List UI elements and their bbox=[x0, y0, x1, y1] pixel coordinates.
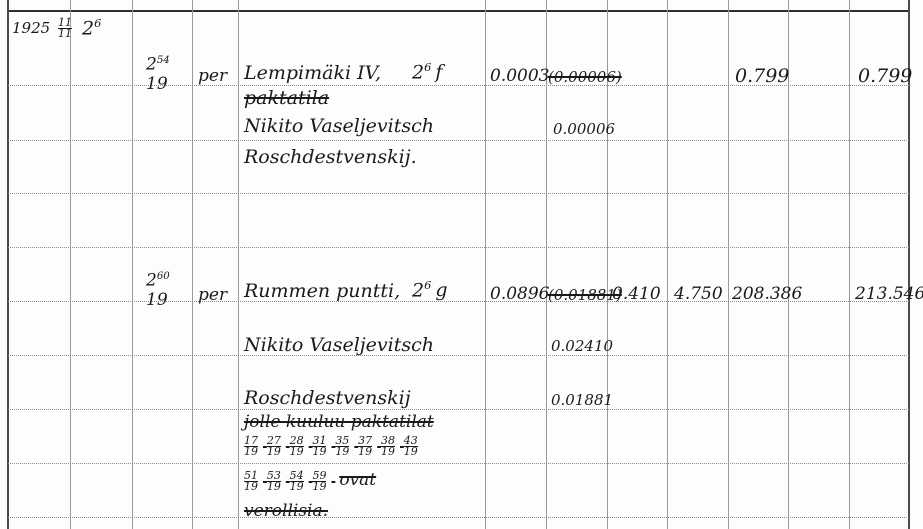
entry-2-col4: 4.750 bbox=[674, 286, 723, 303]
entry-1-share-struck: (0.00006) bbox=[548, 70, 622, 85]
year: 1925 bbox=[12, 19, 50, 37]
ledger-page: 1925 11 11 26 254 19 per Lempimäki IV, 2… bbox=[0, 0, 923, 529]
entry-2-note-last: verollisia. bbox=[244, 503, 328, 520]
entry-2-desc-line-1: Rummen puntti, bbox=[244, 282, 400, 301]
entry-1-desc-line-2: paktatila bbox=[244, 89, 329, 108]
row-rule bbox=[8, 517, 909, 518]
column-divider bbox=[485, 0, 486, 529]
entry-2-share-struck: (0.01881) bbox=[548, 288, 622, 303]
entry-1-desc-line-1: Lempimäki IV, bbox=[244, 64, 381, 83]
entry-1-prefix: per bbox=[198, 68, 227, 85]
row-rule bbox=[8, 463, 909, 464]
header-ref: 26 bbox=[82, 18, 101, 38]
entry-1-share: 0.00006 bbox=[553, 122, 615, 137]
column-divider bbox=[667, 0, 668, 529]
row-rule bbox=[8, 193, 909, 194]
row-rule bbox=[8, 409, 909, 410]
entry-2-lot: 26g bbox=[412, 280, 448, 300]
column-divider bbox=[132, 0, 133, 529]
date-day: 11 bbox=[58, 28, 72, 39]
entry-2-desc-line-3: Roschdestvenskij bbox=[244, 389, 411, 408]
entry-2-prefix: per bbox=[198, 287, 227, 304]
column-divider bbox=[849, 0, 850, 529]
entry-2-desc-line-4: jolle kuuluu paktatilat bbox=[244, 414, 434, 431]
entry-1-desc-line-4: Roschdestvenskij. bbox=[244, 148, 417, 167]
entry-1-ref: 254 19 bbox=[146, 56, 170, 93]
entry-2-area: 0.0896 bbox=[490, 286, 549, 303]
row-rule bbox=[8, 355, 909, 356]
entry-2-share-1: 0.02410 bbox=[551, 339, 613, 354]
entry-1-area: 0.0003 bbox=[490, 68, 549, 85]
entry-1-lot: 26f bbox=[412, 62, 442, 82]
entry-2-desc-line-2: Nikito Vaseljevitsch bbox=[244, 336, 434, 355]
entry-2-col3: 0.410 bbox=[612, 286, 661, 303]
left-border bbox=[7, 0, 9, 529]
entry-2-note-refs-line-2: 5119 5319 5419 5919 ovat bbox=[244, 471, 376, 493]
entry-1-desc-line-3: Nikito Vaseljevitsch bbox=[244, 117, 434, 136]
row-rule bbox=[8, 140, 909, 141]
entry-2-note-tail: ovat bbox=[339, 470, 376, 490]
entry-2-col5: 208.386 bbox=[732, 286, 802, 303]
row-rule bbox=[8, 247, 909, 248]
entry-2-note-refs-line-1: 1719 2719 2819 3119 3519 3719 3819 4319 bbox=[244, 436, 423, 458]
entry-1-total: 0.799 bbox=[858, 67, 912, 86]
top-double-rule bbox=[8, 10, 909, 12]
column-divider bbox=[192, 0, 193, 529]
entry-2-ref: 260 19 bbox=[146, 272, 170, 309]
column-divider bbox=[238, 0, 239, 529]
date-cell: 1925 11 11 bbox=[12, 18, 77, 40]
entry-2-share-2: 0.01881 bbox=[551, 393, 613, 408]
column-divider bbox=[70, 0, 71, 529]
column-divider bbox=[728, 0, 729, 529]
entry-1-col5: 0.799 bbox=[735, 67, 789, 86]
entry-2-total: 213.546 bbox=[855, 286, 923, 303]
